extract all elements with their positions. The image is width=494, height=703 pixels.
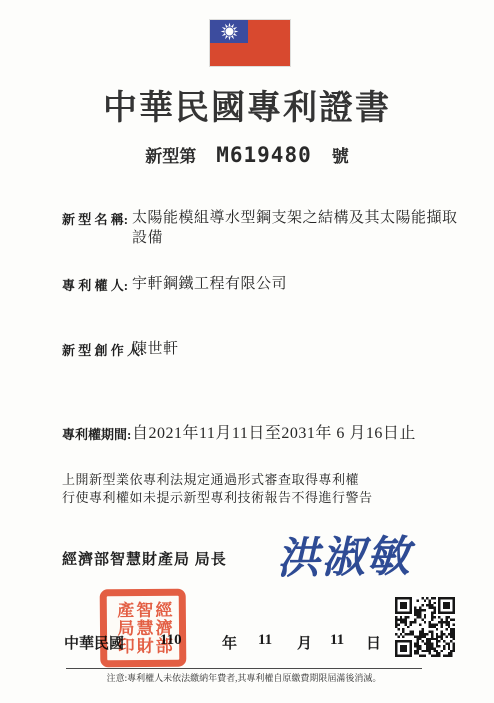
seal-column-3: 產局印 <box>114 601 134 655</box>
footnote-divider <box>66 668 422 669</box>
field-value-utility-model-name-line2: 設備 <box>132 226 163 247</box>
cert-no-number: M619480 <box>216 143 312 167</box>
cert-no-suffix: 號 <box>332 142 349 167</box>
date-month-unit: 月 <box>297 632 312 653</box>
certificate-title: 中華民國專利證書 <box>0 80 494 129</box>
footnote-annual-fee-notice: 注意:專利權人未依法繳納年費者,其專利權自原繳費期限屆滿後消滅。 <box>66 671 422 684</box>
agency-name: 經濟部智慧財產局 <box>62 552 190 568</box>
official-seal: 經濟部 智慧財 產局印 <box>100 589 187 668</box>
sun-icon <box>220 22 239 41</box>
notice-line-2: 行使專利權如未提示新型專利技術報告不得進行警告 <box>62 487 373 506</box>
field-label-patentee: 專 利 權 人: <box>62 275 128 294</box>
field-value-utility-model-name-line1: 太陽能模組導水型鋼支架之結構及其太陽能擷取 <box>132 206 458 227</box>
cert-no-prefix: 新型第 <box>145 142 196 167</box>
seal-column-2: 智慧財 <box>133 601 153 655</box>
qr-code <box>395 597 455 657</box>
date-day-unit: 日 <box>366 632 381 653</box>
flag-canton <box>210 20 248 43</box>
seal-text: 經濟部 智慧財 產局印 <box>114 601 172 655</box>
field-label-patent-term: 專利權期間: <box>62 424 131 443</box>
field-value-patent-term: 自2021年11月11日至2031年 6 月16日止 <box>132 420 416 443</box>
date-day: 11 <box>330 632 344 649</box>
seal-column-1: 經濟部 <box>152 601 172 655</box>
date-month: 11 <box>258 632 272 649</box>
taiwan-flag <box>210 20 290 66</box>
patent-certificate-page: 中華民國專利證書 新型第 M619480 號 新 型 名 稱: 太陽能模組導水型… <box>0 0 494 703</box>
notice-line-1: 上開新型業依專利法規定通過形式審查取得專利權 <box>62 469 359 488</box>
field-value-creator: 陳世軒 <box>132 337 179 358</box>
agency-head-title: 局長 <box>195 552 227 568</box>
field-label-utility-model-name: 新 型 名 稱: <box>62 209 128 228</box>
certificate-number-line: 新型第 M619480 號 <box>0 142 494 167</box>
field-value-patentee: 宇軒鋼鐵工程有限公司 <box>132 272 287 293</box>
issuing-agency: 經濟部智慧財產局 局長 <box>62 548 227 569</box>
director-general-signature: 洪淑敏 <box>273 523 414 586</box>
date-year-unit: 年 <box>222 632 237 653</box>
